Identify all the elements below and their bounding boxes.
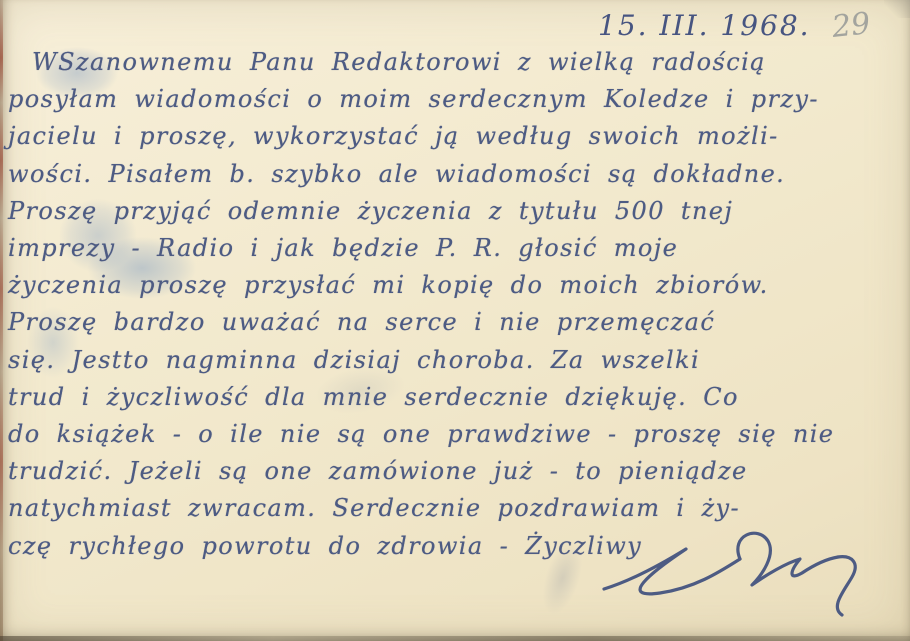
scan-edge-bottom bbox=[0, 636, 910, 641]
letter-line: Proszę bardzo uważać na serce i nie prze… bbox=[8, 304, 906, 341]
letter-line: do książek - o ile nie są one prawdziwe … bbox=[8, 416, 906, 453]
letter-date: 15. III. 1968. bbox=[598, 9, 811, 42]
letter-line: trudzić. Jeżeli są one zamówione już - t… bbox=[8, 453, 906, 490]
letter-line: posyłam wiadomości o moim serdecznym Kol… bbox=[8, 81, 906, 118]
letter-line: trud i życzliwość dla mnie serdecznie dz… bbox=[8, 379, 906, 416]
date-row: 15. III. 1968. 29 bbox=[598, 8, 870, 43]
scan-corner-top-right bbox=[884, 0, 910, 18]
letter-scan: 15. III. 1968. 29 WSzanownemu Panu Redak… bbox=[0, 0, 910, 641]
letter-body: WSzanownemu Panu Redaktorowi z wielką ra… bbox=[8, 44, 906, 565]
letter-line: imprezy - Radio i jak będzie P. R. głosi… bbox=[8, 230, 906, 267]
scan-edge-left bbox=[0, 0, 3, 641]
letter-line: życzenia proszę przysłać mi kopię do moi… bbox=[8, 267, 906, 304]
letter-line: Proszę przyjąć odemnie życzenia z tytułu… bbox=[8, 193, 906, 230]
letter-line: się. Jestto nagminna dzisiaj choroba. Za… bbox=[8, 342, 906, 379]
letter-line: WSzanownemu Panu Redaktorowi z wielką ra… bbox=[8, 44, 906, 81]
signature-flourish bbox=[590, 515, 880, 627]
letter-line: jacielu i proszę, wykorzystać ją według … bbox=[8, 118, 906, 155]
pencil-page-number: 29 bbox=[830, 6, 872, 45]
letter-line: wości. Pisałem b. szybko ale wiadomości … bbox=[8, 156, 906, 193]
